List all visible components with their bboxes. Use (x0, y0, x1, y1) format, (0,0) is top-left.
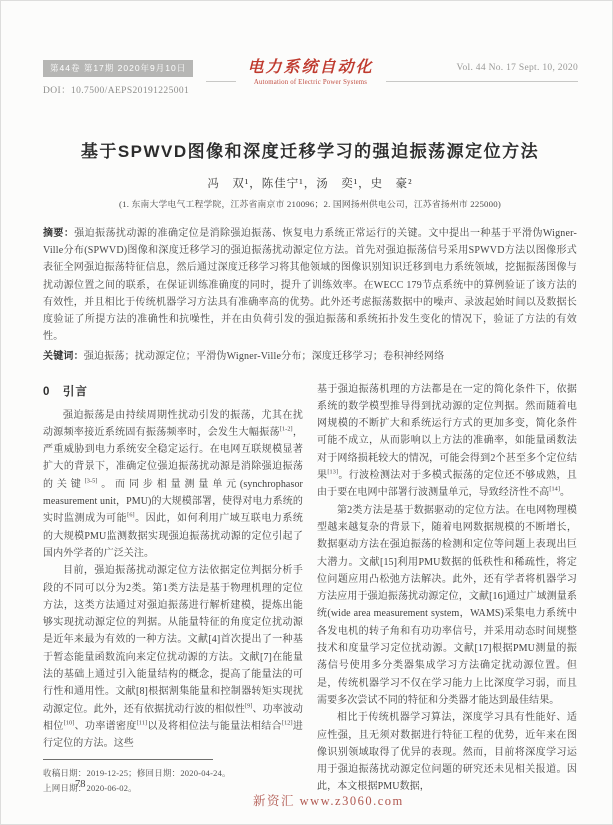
journal-logo-cn: 电力系统自动化 (247, 59, 373, 77)
doi-text: DOI：10.7500/AEPS20191225001 (43, 82, 193, 96)
article-content: 基于SPWVD图像和深度迁移学习的强迫振荡源定位方法 冯 双¹，陈佳宁¹，汤 奕… (43, 141, 577, 795)
paragraph: 基于强迫振荡机理的方法都是在一定的简化条件下，依据系统的数学模型推导得到扰动源的… (317, 381, 577, 502)
keywords-label: 关键词： (43, 351, 84, 362)
issue-info: 第44卷 第17期 2020年9月10日 DOI：10.7500/AEPS201… (43, 58, 193, 96)
footnote-rule (43, 759, 213, 760)
article-title: 基于SPWVD图像和深度迁移学习的强迫振荡源定位方法 (43, 141, 577, 163)
body-columns: 0 引言 强迫振荡是由持续周期性扰动引发的振荡，尤其在扰动源频率接近系统固有振荡… (43, 381, 577, 795)
paragraph: 目前，强迫振荡扰动源定位方法依据定位判据分析手段的不同可以分为2类。第1类方法是… (43, 562, 303, 752)
abstract-label: 摘要： (43, 228, 74, 239)
abstract-text: 强迫振荡扰动源的准确定位是消除强迫振荡、恢复电力系统正常运行的关键。文中提出一种… (43, 228, 577, 342)
volume-info: Vol. 44 No. 17 Sept. 10, 2020 (457, 63, 578, 73)
paragraph: 第2类方法是基于数据驱动的定位方法。在电网物理模型越来越复杂的背景下，随着电网数… (317, 502, 577, 710)
section-heading-introduction: 0 引言 (43, 383, 303, 399)
affiliation: (1. 东南大学电气工程学院，江苏省南京市 210096；2. 国网扬州供电公司… (43, 197, 577, 210)
issue-badge: 第44卷 第17期 2020年9月10日 (43, 60, 193, 77)
journal-logo: 电力系统自动化 Automation of Electric Power Sys… (235, 59, 385, 86)
keywords-text: 强迫振荡；扰动源定位；平滑伪Wigner-Ville分布；深度迁移学习；卷积神经… (84, 351, 445, 362)
left-column: 0 引言 强迫振荡是由持续周期性扰动引发的振荡，尤其在扰动源频率接近系统固有振荡… (43, 381, 303, 795)
abstract: 摘要：强迫振荡扰动源的准确定位是消除强迫振荡、恢复电力系统正常运行的关键。文中提… (43, 225, 577, 345)
journal-page: 第44卷 第17期 2020年9月10日 DOI：10.7500/AEPS201… (0, 0, 613, 825)
author-list: 冯 双¹，陈佳宁¹，汤 奕¹，史 豪² (43, 175, 577, 191)
paragraph: 相比于传统机器学习算法，深度学习具有性能好、适应性强，且无须对数据进行特征工程的… (317, 709, 577, 794)
keywords: 关键词：强迫振荡；扰动源定位；平滑伪Wigner-Ville分布；深度迁移学习；… (43, 348, 577, 365)
watermark: 新资汇 www.z3060.com (253, 791, 404, 809)
paragraph: 强迫振荡是由持续周期性扰动引发的振荡，尤其在扰动源频率接近系统固有振荡频率时，会… (43, 407, 303, 563)
masthead: 第44卷 第17期 2020年9月10日 DOI：10.7500/AEPS201… (43, 58, 578, 108)
journal-logo-en: Automation of Electric Power Systems (247, 79, 373, 86)
page-number: 78 (75, 779, 86, 790)
right-column: 基于强迫振荡机理的方法都是在一定的简化条件下，依据系统的数学模型推导得到扰动源的… (317, 381, 577, 795)
